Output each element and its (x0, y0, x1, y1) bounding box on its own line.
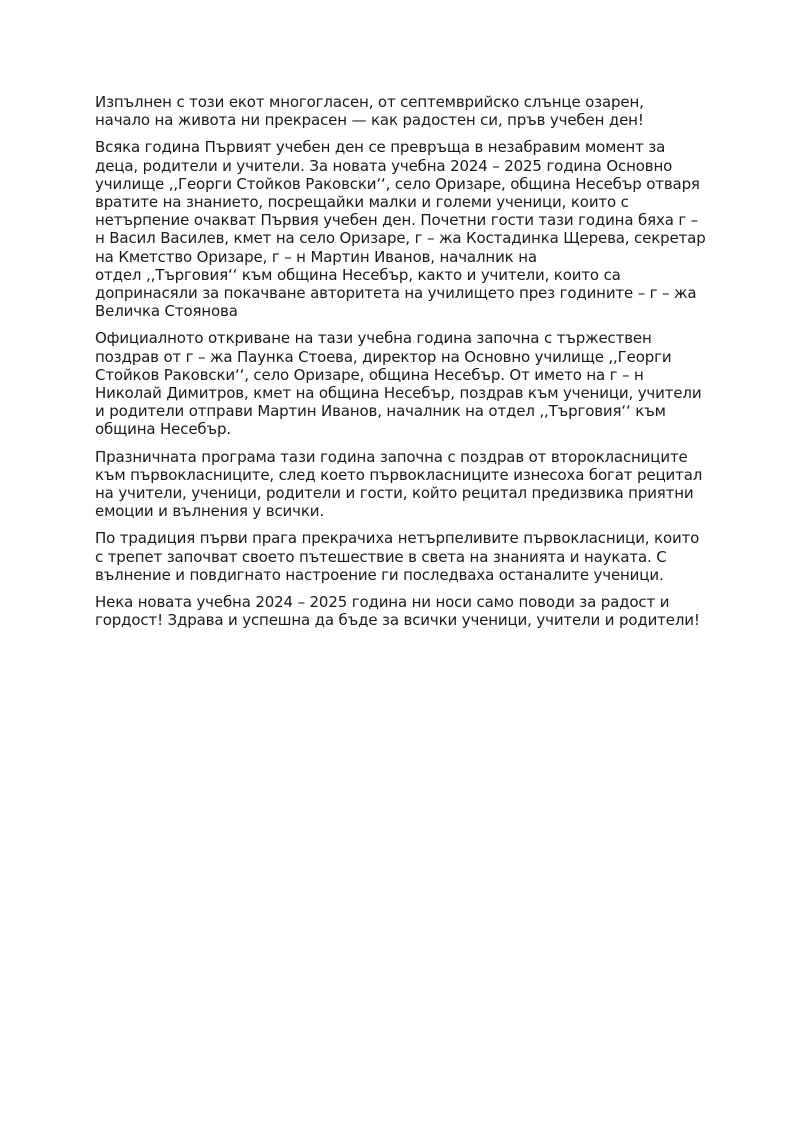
paragraph-tradition: По традиция първи прага прекрачиха нетър… (95, 529, 707, 584)
paragraph-program: Празничната програма тази година започна… (95, 448, 707, 521)
paragraph-guests: Всяка година Първият учебен ден се превр… (95, 138, 707, 320)
document-body: Изпълнен с този екот многогласен, от сеп… (95, 93, 707, 638)
paragraph-official-opening: Официалното откриване на тази учебна год… (95, 329, 707, 438)
opening-verse: Изпълнен с този екот многогласен, от сеп… (95, 93, 707, 129)
paragraph-wishes: Нека новата учебна 2024 – 2025 година ни… (95, 593, 707, 629)
